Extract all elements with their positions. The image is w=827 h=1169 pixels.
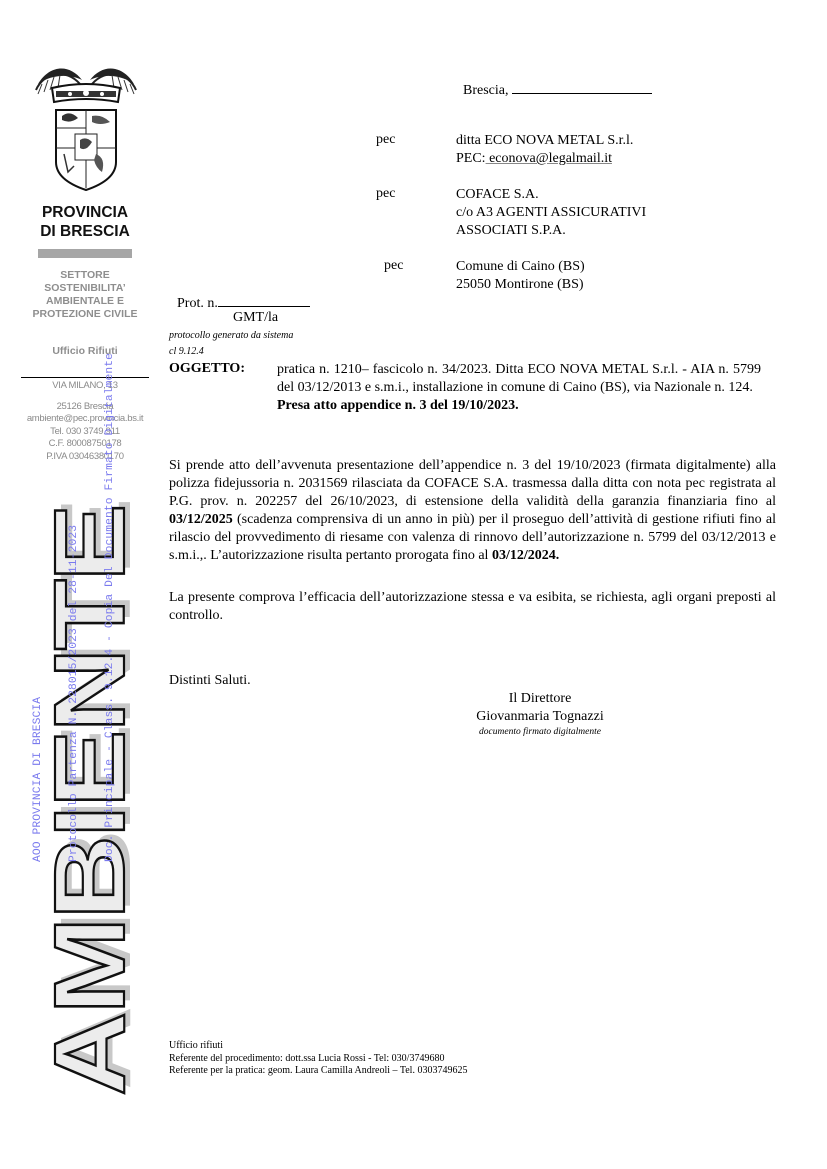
para1-text: Si prende atto dell’avvenuta presentazio… xyxy=(169,458,776,509)
para1-text-cont: (scadenza comprensiva di un anno in più)… xyxy=(169,512,776,563)
extension-date: 03/12/2024. xyxy=(492,548,559,563)
sector-line: SOSTENIBILITA’ xyxy=(20,282,150,295)
signer-role: Il Direttore xyxy=(405,690,675,708)
protocol-generated-note: protocollo generato da sistema xyxy=(169,330,293,341)
footer-office: Ufficio rifiuti xyxy=(169,1040,467,1053)
org-name-line1: PROVINCIA xyxy=(20,203,150,222)
grey-divider-bar xyxy=(38,249,132,258)
recipient-pec: PEC: econova@legalmail.it xyxy=(456,150,633,168)
body-paragraph-1: Si prende atto dell’avvenuta presentazio… xyxy=(169,457,776,565)
guarantee-expiry-date: 03/12/2025 xyxy=(169,512,233,527)
prot-blank xyxy=(218,293,310,307)
footer-references: Ufficio rifiuti Referente del procedimen… xyxy=(169,1040,467,1078)
pec-label: PEC: xyxy=(456,151,486,166)
body-paragraph-2: La presente comprova l’efficacia dell’au… xyxy=(169,589,776,625)
recipient-line: c/o A3 AGENTI ASSICURATIVI xyxy=(456,204,646,222)
footer-ref-procedure: Referente del procedimento: dott.ssa Luc… xyxy=(169,1053,467,1066)
signature-note: documento firmato digitalmente xyxy=(405,726,675,738)
signer-name: Giovanmaria Tognazzi xyxy=(405,708,675,726)
greeting: Distinti Saluti. xyxy=(169,673,251,689)
protocol-initials: GMT/la xyxy=(233,310,278,326)
classification: cl 9.12.4 xyxy=(169,346,204,357)
recipient-line: ASSOCIATI S.P.A. xyxy=(456,222,646,240)
coat-of-arms-icon xyxy=(30,62,142,194)
date-field: Brescia, xyxy=(463,80,652,99)
sector-line: SETTORE xyxy=(20,269,150,282)
recipient-line: Comune di Caino (BS) xyxy=(456,258,585,276)
recipient-eco-nova: ditta ECO NOVA METAL S.r.l. PEC: econova… xyxy=(456,132,633,168)
recipient-channel: pec xyxy=(384,258,403,274)
recipient-channel: pec xyxy=(376,132,395,148)
stamp-line-2: Protocollo Partenza N. 228015/2023 del 2… xyxy=(68,353,80,862)
subject-bold-line: Presa atto appendice n. 3 del 19/10/2023… xyxy=(277,397,761,415)
recipient-coface: COFACE S.A. c/o A3 AGENTI ASSICURATIVI A… xyxy=(456,186,646,240)
stamp-line-1: AOO PROVINCIA DI BRESCIA xyxy=(32,353,44,862)
sector-name: SETTORE SOSTENIBILITA’ AMBIENTALE E PROT… xyxy=(20,269,150,321)
subject-label: OGGETTO: xyxy=(169,361,245,377)
subject-text: pratica n. 1210– fascicolo n. 34/2023. D… xyxy=(277,361,761,415)
sector-line: AMBIENTALE E xyxy=(20,295,150,308)
subject-description: pratica n. 1210– fascicolo n. 34/2023. D… xyxy=(277,362,761,395)
recipient-channel: pec xyxy=(376,186,395,202)
pec-email-link[interactable]: econova@legalmail.it xyxy=(486,151,612,166)
recipient-comune: Comune di Caino (BS) 25050 Montirone (BS… xyxy=(456,258,585,294)
signature-block: Il Direttore Giovanmaria Tognazzi docume… xyxy=(405,690,675,738)
recipient-line: 25050 Montirone (BS) xyxy=(456,276,585,294)
date-label: Brescia, xyxy=(463,83,508,98)
date-blank xyxy=(512,80,652,94)
footer-ref-practice: Referente per la pratica: geom. Laura Ca… xyxy=(169,1065,467,1078)
recipient-line: ditta ECO NOVA METAL S.r.l. xyxy=(456,132,633,150)
recipient-line: COFACE S.A. xyxy=(456,186,646,204)
stamp-line-3: Doc. Principale - Class. 9.12.4 - Copia … xyxy=(104,353,116,862)
organization-name: PROVINCIA DI BRESCIA xyxy=(20,203,150,241)
org-name-line2: DI BRESCIA xyxy=(20,222,150,241)
sector-line: PROTEZIONE CIVILE xyxy=(20,308,150,321)
prot-label: Prot. n. xyxy=(177,296,218,311)
protocol-stamp: AOO PROVINCIA DI BRESCIA Protocollo Part… xyxy=(8,353,128,862)
